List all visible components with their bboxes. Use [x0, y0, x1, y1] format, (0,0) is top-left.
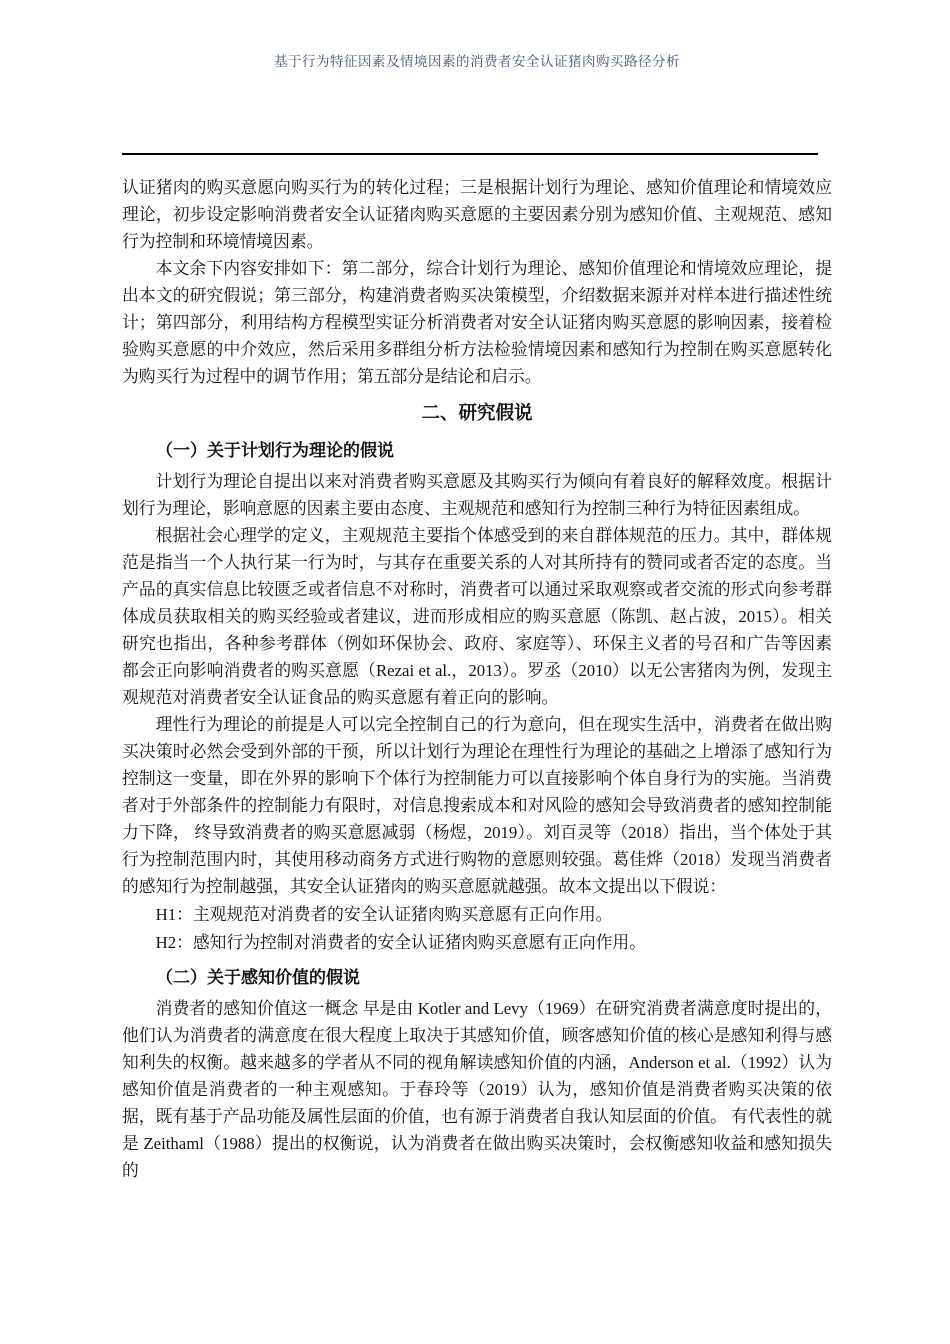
- running-header-title: 基于行为特征因素及情境因素的消费者安全认证猪肉购买路径分析: [274, 54, 680, 69]
- subsection-heading-planned-behavior: （一）关于计划行为理论的假说: [122, 437, 832, 464]
- running-header: 基于行为特征因素及情境因素的消费者安全认证猪肉购买路径分析: [122, 52, 832, 72]
- paragraph-subjective-norms: 根据社会心理学的定义，主观规范主要指个体感受到的来自群体规范的压力。其中，群体规…: [122, 522, 832, 711]
- paragraph-intro-continuation: 认证猪肉的购买意愿向购买行为的转化过程；三是根据计划行为理论、感知价值理论和情境…: [122, 174, 832, 255]
- document-page: 基于行为特征因素及情境因素的消费者安全认证猪肉购买路径分析 认证猪肉的购买意愿向…: [0, 0, 950, 1344]
- subsection-heading-perceived-value: （二）关于感知价值的假说: [122, 964, 832, 991]
- section-heading-research-hypotheses: 二、研究假说: [122, 401, 832, 425]
- paragraph-tpb-overview: 计划行为理论自提出以来对消费者购买意愿及其购买行为倾向有着良好的解释效度。根据计…: [122, 468, 832, 522]
- hypothesis-h1: H1：主观规范对消费者的安全认证猪肉购买意愿有正向作用。: [122, 901, 832, 928]
- hypothesis-h2: H2：感知行为控制对消费者的安全认证猪肉购买意愿有正向作用。: [122, 929, 832, 956]
- paragraph-structure-overview: 本文余下内容安排如下：第二部分，综合计划行为理论、感知价值理论和情境效应理论，提…: [122, 255, 832, 390]
- paragraph-perceived-behavioral-control: 理性行为理论的前提是人可以完全控制自己的行为意向，但在现实生活中，消费者在做出购…: [122, 711, 832, 900]
- paragraph-perceived-value: 消费者的感知价值这一概念 早是由 Kotler and Levy（1969）在研…: [122, 995, 832, 1184]
- document-body: 认证猪肉的购买意愿向购买行为的转化过程；三是根据计划行为理论、感知价值理论和情境…: [122, 174, 832, 1184]
- header-divider: [122, 153, 818, 155]
